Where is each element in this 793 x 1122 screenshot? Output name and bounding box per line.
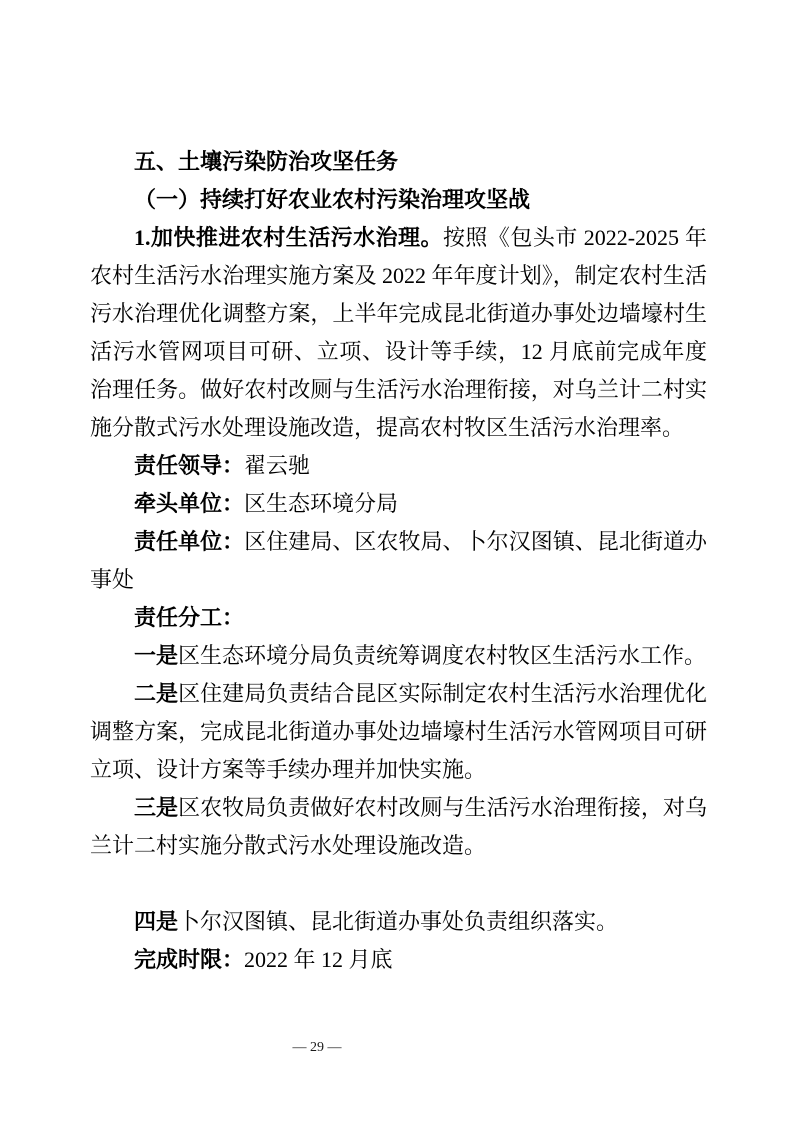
task-paragraph: 1.加快推进农村生活污水治理。按照《包头市 2022-2025 年农村生活污水治…	[90, 219, 707, 447]
deadline-value: 2022 年 12 月底	[244, 947, 393, 972]
blank-line	[90, 865, 707, 903]
document-body: 五、土壤污染防治攻坚任务 （一）持续打好农业农村污染治理攻坚战 1.加快推进农村…	[90, 143, 707, 979]
deadline-line: 完成时限：2022 年 12 月底	[90, 941, 707, 979]
division-item-lead: 一是	[134, 643, 178, 668]
division-item-text: 区生态环境分局负责统筹调度农村牧区生活污水工作。	[178, 643, 706, 668]
subsection-heading: （一）持续打好农业农村污染治理攻坚战	[90, 181, 707, 219]
field-label: 责任单位：	[134, 529, 244, 554]
division-item-lead: 四是	[134, 909, 178, 934]
division-heading-label: 责任分工：	[134, 605, 244, 630]
division-item-text: 区住建局负责结合昆区实际制定农村生活污水治理优化调整方案，完成昆北街道办事处边墙…	[90, 681, 707, 782]
field-responsible-units: 责任单位：区住建局、区农牧局、卜尔汉图镇、昆北街道办事处	[90, 523, 707, 599]
division-heading: 责任分工：	[90, 599, 707, 637]
division-item-text: 卜尔汉图镇、昆北街道办事处负责组织落实。	[178, 909, 618, 934]
division-item-1: 一是区生态环境分局负责统筹调度农村牧区生活污水工作。	[90, 637, 707, 675]
deadline-label: 完成时限：	[134, 947, 244, 972]
division-item-lead: 二是	[134, 681, 178, 706]
task-title: 1.加快推进农村生活污水治理。	[134, 225, 443, 250]
field-label: 牵头单位：	[134, 491, 244, 516]
division-item-4: 四是卜尔汉图镇、昆北街道办事处负责组织落实。	[90, 903, 707, 941]
field-label: 责任领导：	[134, 453, 244, 478]
field-responsible-leader: 责任领导：翟云驰	[90, 447, 707, 485]
division-item-2: 二是区住建局负责结合昆区实际制定农村生活污水治理优化调整方案，完成昆北街道办事处…	[90, 675, 707, 789]
division-item-lead: 三是	[134, 795, 178, 820]
document-page: 五、土壤污染防治攻坚任务 （一）持续打好农业农村污染治理攻坚战 1.加快推进农村…	[0, 0, 793, 1122]
field-value: 区生态环境分局	[244, 491, 398, 516]
page-number: — 29 —	[283, 1038, 351, 1058]
field-lead-unit: 牵头单位：区生态环境分局	[90, 485, 707, 523]
task-text: 按照《包头市 2022-2025 年农村生活污水治理实施方案及 2022 年年度…	[90, 225, 707, 440]
division-item-text: 区农牧局负责做好农村改厕与生活污水治理衔接，对乌兰计二村实施分散式污水处理设施改…	[90, 795, 707, 858]
field-value: 翟云驰	[244, 453, 310, 478]
division-item-3: 三是区农牧局负责做好农村改厕与生活污水治理衔接，对乌兰计二村实施分散式污水处理设…	[90, 789, 707, 865]
section-heading: 五、土壤污染防治攻坚任务	[90, 143, 707, 181]
